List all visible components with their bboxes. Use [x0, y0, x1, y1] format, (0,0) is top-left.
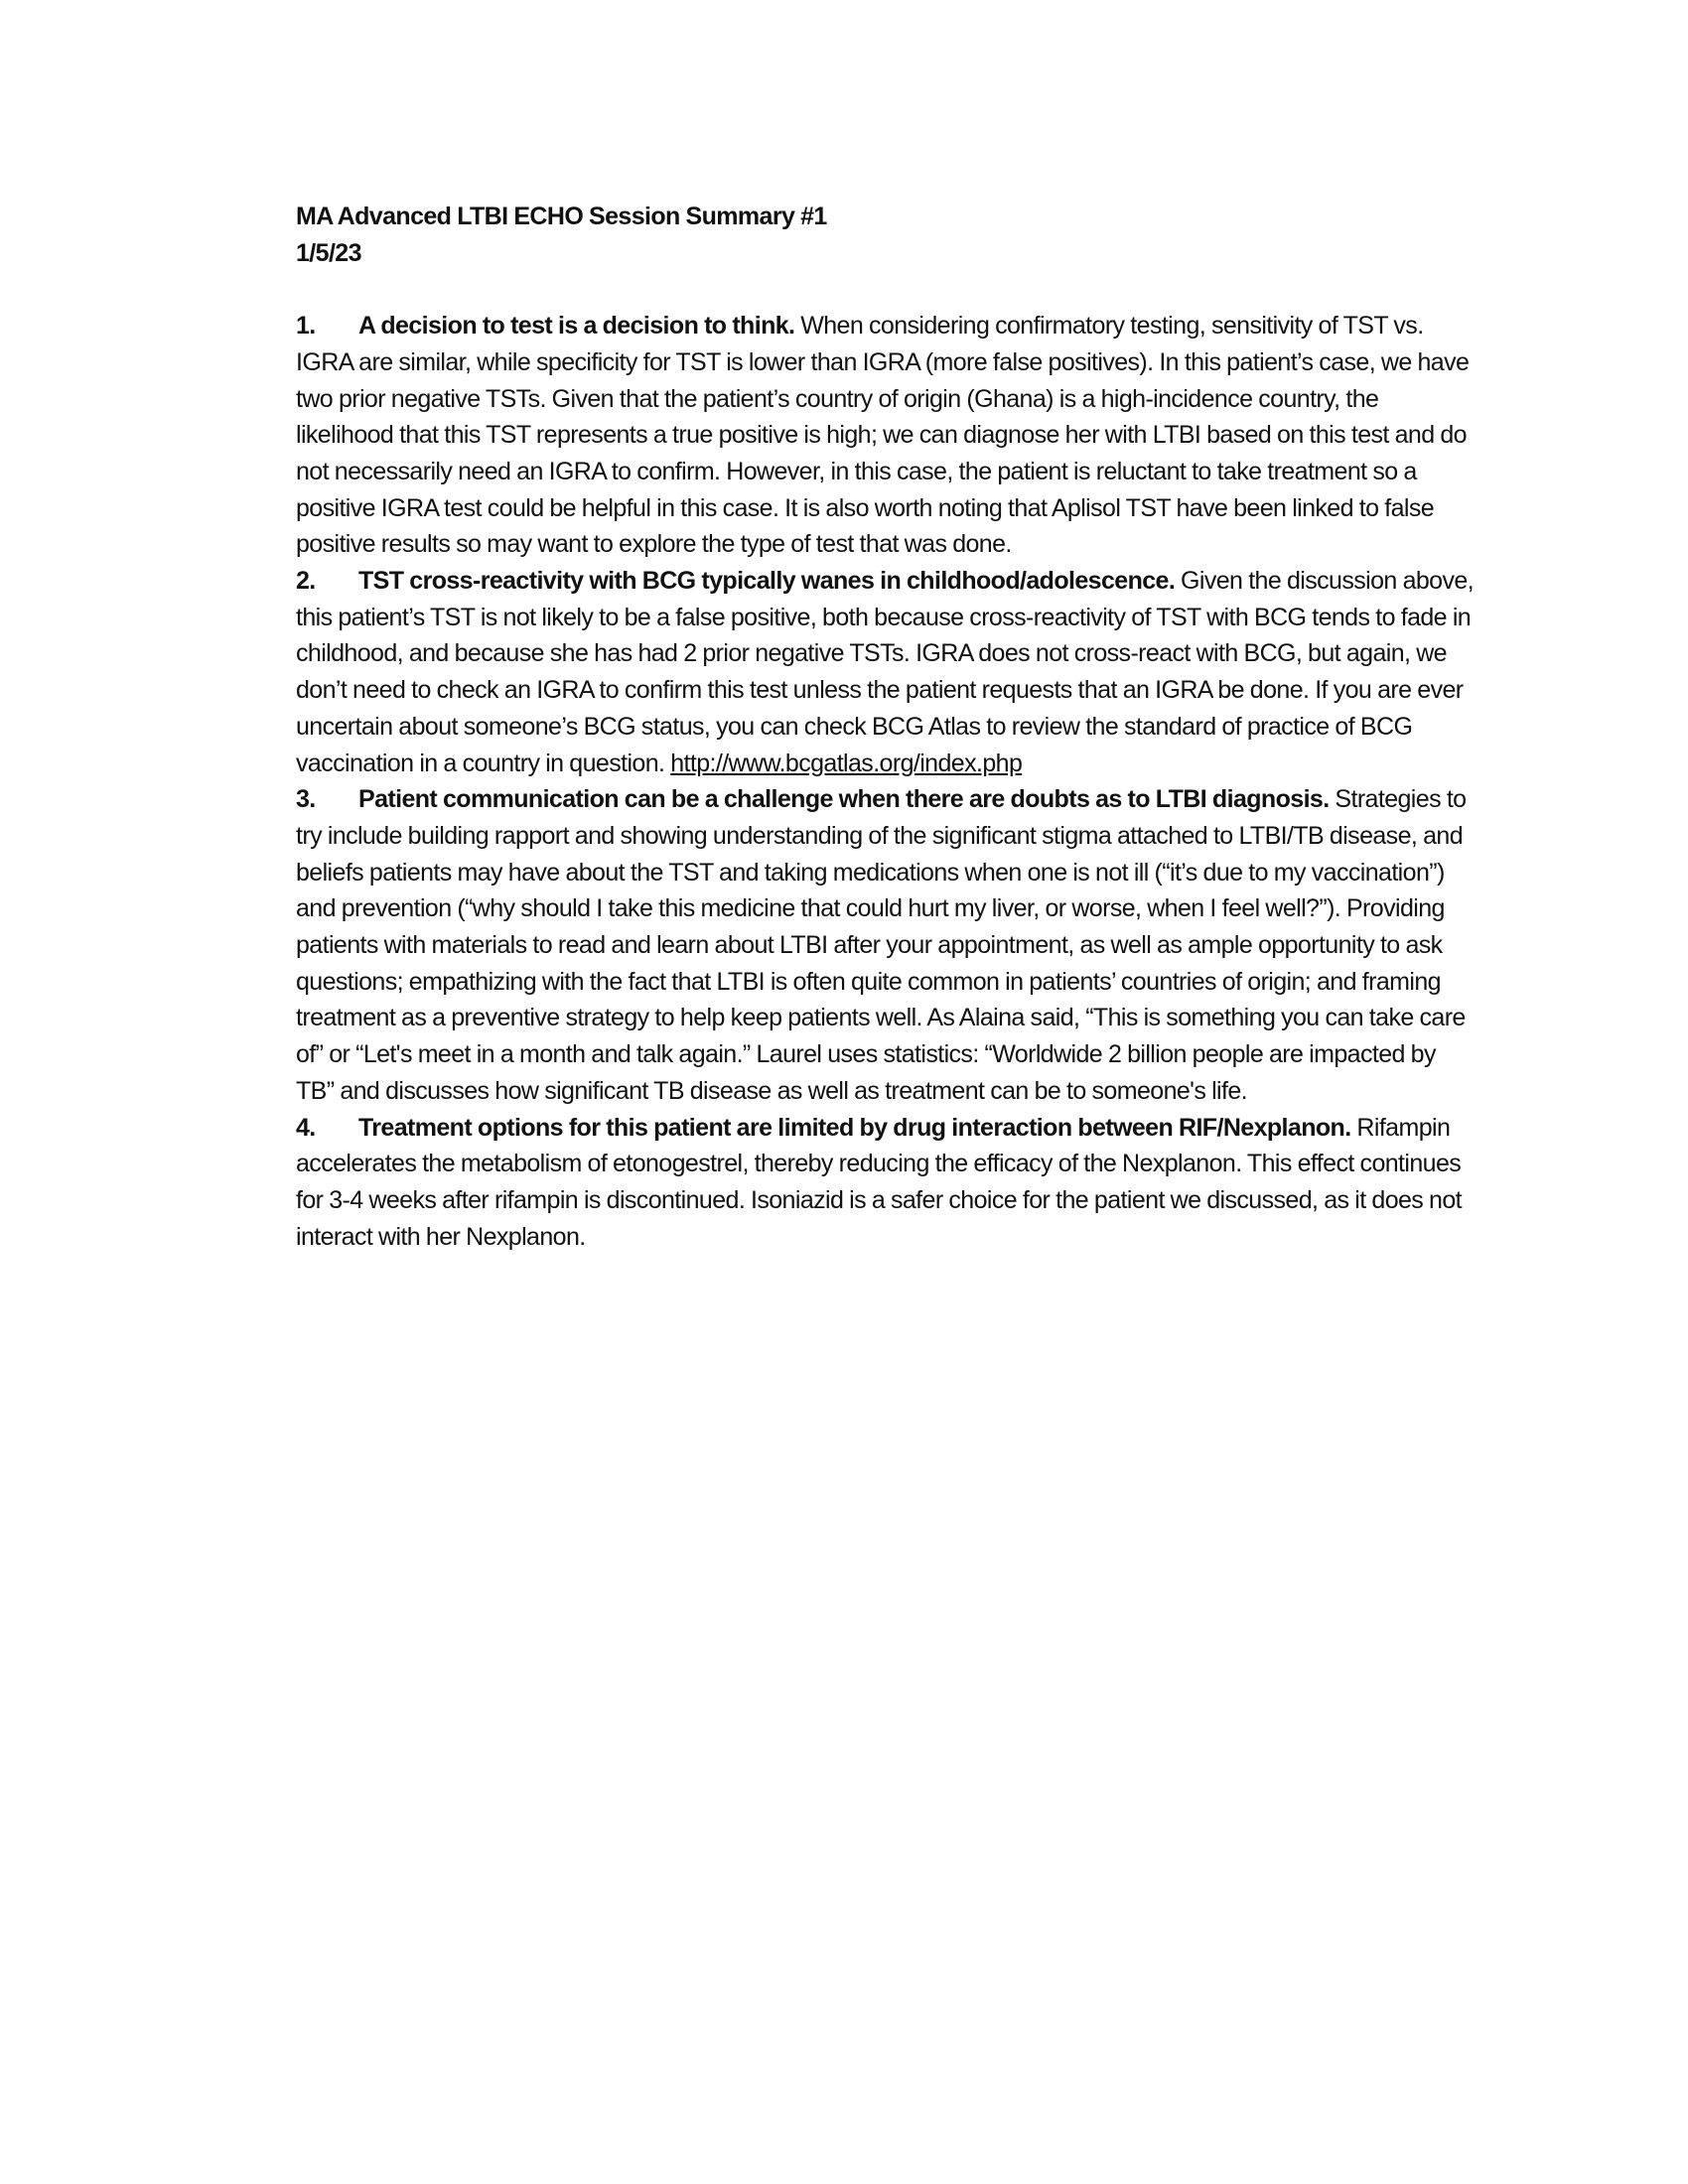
- spacer: [296, 271, 1477, 308]
- item-number: 3.: [296, 781, 358, 818]
- item-number: 1.: [296, 308, 358, 344]
- item-number: 4.: [296, 1110, 358, 1147]
- summary-item-3: 3.Patient communication can be a challen…: [296, 781, 1477, 1109]
- item-lead: A decision to test is a decision to thin…: [358, 312, 794, 340]
- document-date: 1/5/23: [296, 235, 1477, 272]
- summary-item-4: 4.Treatment options for this patient are…: [296, 1110, 1477, 1256]
- item-body: Given the discussion above, this patient…: [296, 567, 1474, 777]
- document-page: MA Advanced LTBI ECHO Session Summary #1…: [296, 199, 1477, 1255]
- item-lead: Patient communication can be a challenge…: [358, 785, 1330, 813]
- bcg-atlas-link[interactable]: http://www.bcgatlas.org/index.php: [670, 750, 1022, 777]
- document-title: MA Advanced LTBI ECHO Session Summary #1: [296, 199, 1477, 235]
- item-lead: Treatment options for this patient are l…: [358, 1114, 1351, 1142]
- item-lead: TST cross-reactivity with BCG typically …: [358, 567, 1175, 595]
- item-body: Strategies to try include building rappo…: [296, 785, 1466, 1105]
- item-body: When considering confirmatory testing, s…: [296, 312, 1469, 558]
- summary-item-1: 1.A decision to test is a decision to th…: [296, 308, 1477, 563]
- summary-item-2: 2.TST cross-reactivity with BCG typicall…: [296, 563, 1477, 781]
- item-number: 2.: [296, 563, 358, 600]
